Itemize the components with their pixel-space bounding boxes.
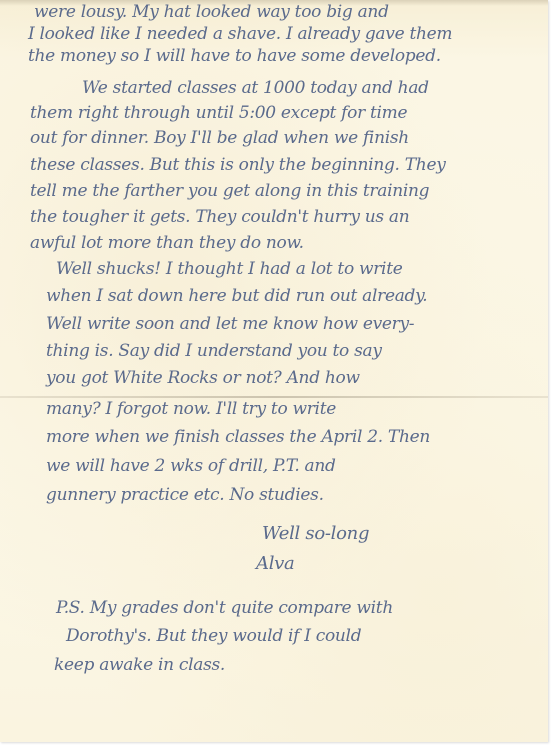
letter-line: when I sat down here but did run out alr… xyxy=(46,286,427,306)
letter-line: we will have 2 wks of drill, P.T. and xyxy=(46,456,336,476)
paper-fold-crease xyxy=(0,396,548,398)
letter-line: I looked like I needed a shave. I alread… xyxy=(28,24,452,44)
letter-line: more when we finish classes the April 2.… xyxy=(46,427,430,447)
letter-line: thing is. Say did I understand you to sa… xyxy=(46,341,382,361)
letter-line: gunnery practice etc. No studies. xyxy=(46,485,324,505)
letter-line: tell me the farther you get along in thi… xyxy=(30,181,429,201)
letter-line: Well shucks! I thought I had a lot to wr… xyxy=(56,259,403,279)
letter-line: the money so I will have to have some de… xyxy=(28,46,441,66)
letter-line: were lousy. My hat looked way too big an… xyxy=(34,2,389,22)
letter-line: Well write soon and let me know how ever… xyxy=(46,314,414,334)
postscript-line: Dorothy's. But they would if I could xyxy=(66,626,361,646)
signature: Alva xyxy=(256,553,294,574)
closing-line: Well so-long xyxy=(262,523,369,544)
letter-line: them right through until 5:00 except for… xyxy=(30,103,407,123)
letter-line: out for dinner. Boy I'll be glad when we… xyxy=(30,128,409,148)
postscript-line: P.S. My grades don't quite compare with xyxy=(56,598,393,618)
letter-line: awful lot more than they do now. xyxy=(30,233,304,253)
letter-line: the tougher it gets. They couldn't hurry… xyxy=(30,207,409,227)
letter-line: these classes. But this is only the begi… xyxy=(30,155,446,175)
letter-line: We started classes at 1000 today and had xyxy=(82,78,429,98)
letter-line: you got White Rocks or not? And how xyxy=(46,368,360,388)
letter-page: were lousy. My hat looked way too big an… xyxy=(0,0,548,742)
postscript-line: keep awake in class. xyxy=(54,655,225,675)
letter-line: many? I forgot now. I'll try to write xyxy=(46,399,336,419)
